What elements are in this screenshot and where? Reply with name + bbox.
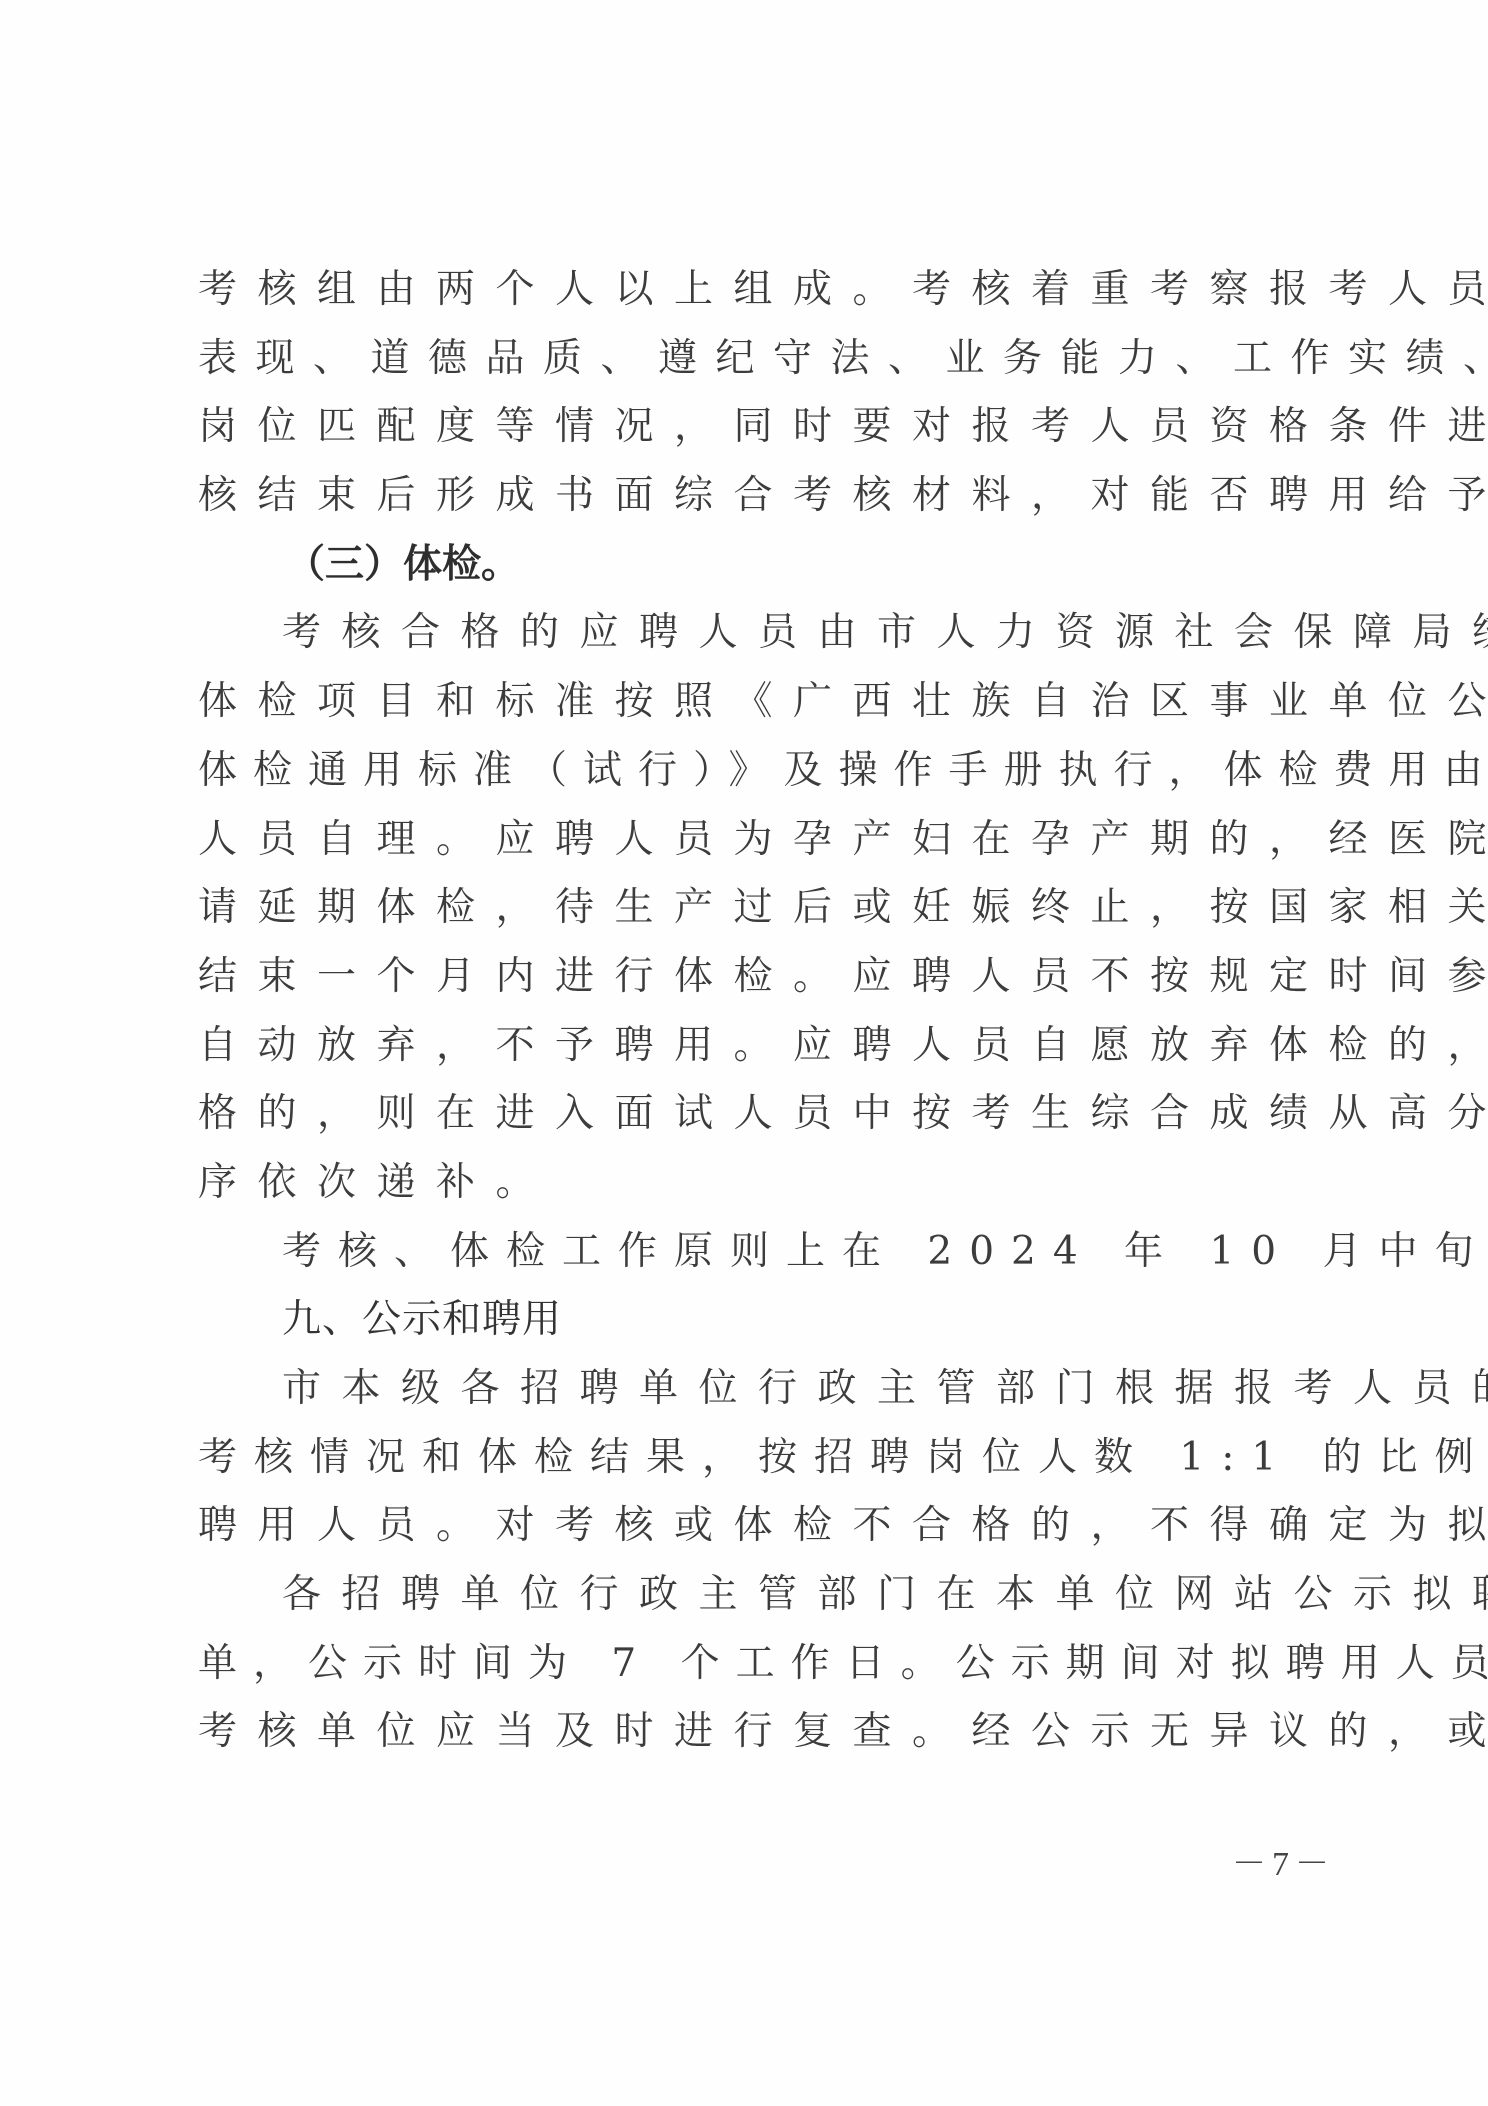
text-line: 体检通用标准（试行）》及操作手册执行，体检费用由参加体检 (198, 743, 1306, 812)
paragraph-publicity: 各招聘单位行政主管部门在本单位网站公示拟聘用人员名 单，公示时间为 7 个工作日… (198, 1567, 1306, 1773)
page-number: －7－ (1232, 1836, 1335, 1885)
section-heading-publicity-and-hiring: 九、公示和聘用 (198, 1292, 1306, 1361)
text-line: 格的，则在进入面试人员中按考生综合成绩从高分到低分的顺 (198, 1086, 1306, 1155)
text-line: 聘用人员。对考核或体检不合格的，不得确定为拟聘用人员。 (198, 1498, 1306, 1567)
text-line: 人员自理。应聘人员为孕产妇在孕产期的，经医院确认可以申 (198, 812, 1306, 881)
paragraph-physical-exam: 考核合格的应聘人员由市人力资源社会保障局统一组织， 体检项目和标准按照《广西壮族… (198, 605, 1306, 1223)
paragraph-hiring-determination: 市本级各招聘单位行政主管部门根据报考人员的考试成绩、 考核情况和体检结果，按招聘… (198, 1361, 1306, 1567)
text-line: 表现、道德品质、遵纪守法、业务能力、工作实绩、勤政廉政、 (198, 331, 1306, 400)
text-line: 岗位匹配度等情况，同时要对报考人员资格条件进行复查。考 (198, 399, 1306, 468)
text-line: 市本级各招聘单位行政主管部门根据报考人员的考试成绩、 (198, 1361, 1306, 1430)
paragraph-completion-date: 考核、体检工作原则上在 2024 年 10 月中旬完成。 (198, 1224, 1306, 1293)
text-line: 核结束后形成书面综合考核材料，对能否聘用给予考核结论。 (198, 468, 1306, 537)
section-heading-physical-exam: （三）体检。 (198, 537, 1306, 606)
text-line: 考核合格的应聘人员由市人力资源社会保障局统一组织， (198, 605, 1306, 674)
text-line: 考核组由两个人以上组成。考核着重考察报考人员的思想政治 (198, 262, 1306, 331)
paragraph-assessment-group: 考核组由两个人以上组成。考核着重考察报考人员的思想政治 表现、道德品质、遵纪守法… (198, 262, 1306, 537)
text-line: 考核情况和体检结果，按招聘岗位人数 1:1 的比例择优确定拟 (198, 1430, 1306, 1499)
text-line: 各招聘单位行政主管部门在本单位网站公示拟聘用人员名 (198, 1567, 1306, 1636)
text-line: 单，公示时间为 7 个工作日。公示期间对拟聘用人员有异议的， (198, 1636, 1306, 1705)
text-line: 体检项目和标准按照《广西壮族自治区事业单位公开招聘人员 (198, 674, 1306, 743)
document-page: 考核组由两个人以上组成。考核着重考察报考人员的思想政治 表现、道德品质、遵纪守法… (0, 0, 1488, 2106)
text-line: 结束一个月内进行体检。应聘人员不按规定时间参加体检视为 (198, 949, 1306, 1018)
text-line: 请延期体检，待生产过后或妊娠终止，按国家相关政策产休假 (198, 880, 1306, 949)
text-line: 考核、体检工作原则上在 2024 年 10 月中旬完成。 (198, 1224, 1306, 1293)
text-line: 自动放弃，不予聘用。应聘人员自愿放弃体检的，或体检不合 (198, 1018, 1306, 1087)
text-line: 序依次递补。 (198, 1155, 1306, 1224)
text-line: 考核单位应当及时进行复查。经公示无异议的，或有异议经核 (198, 1704, 1306, 1773)
body-text: 考核组由两个人以上组成。考核着重考察报考人员的思想政治 表现、道德品质、遵纪守法… (198, 262, 1306, 1773)
